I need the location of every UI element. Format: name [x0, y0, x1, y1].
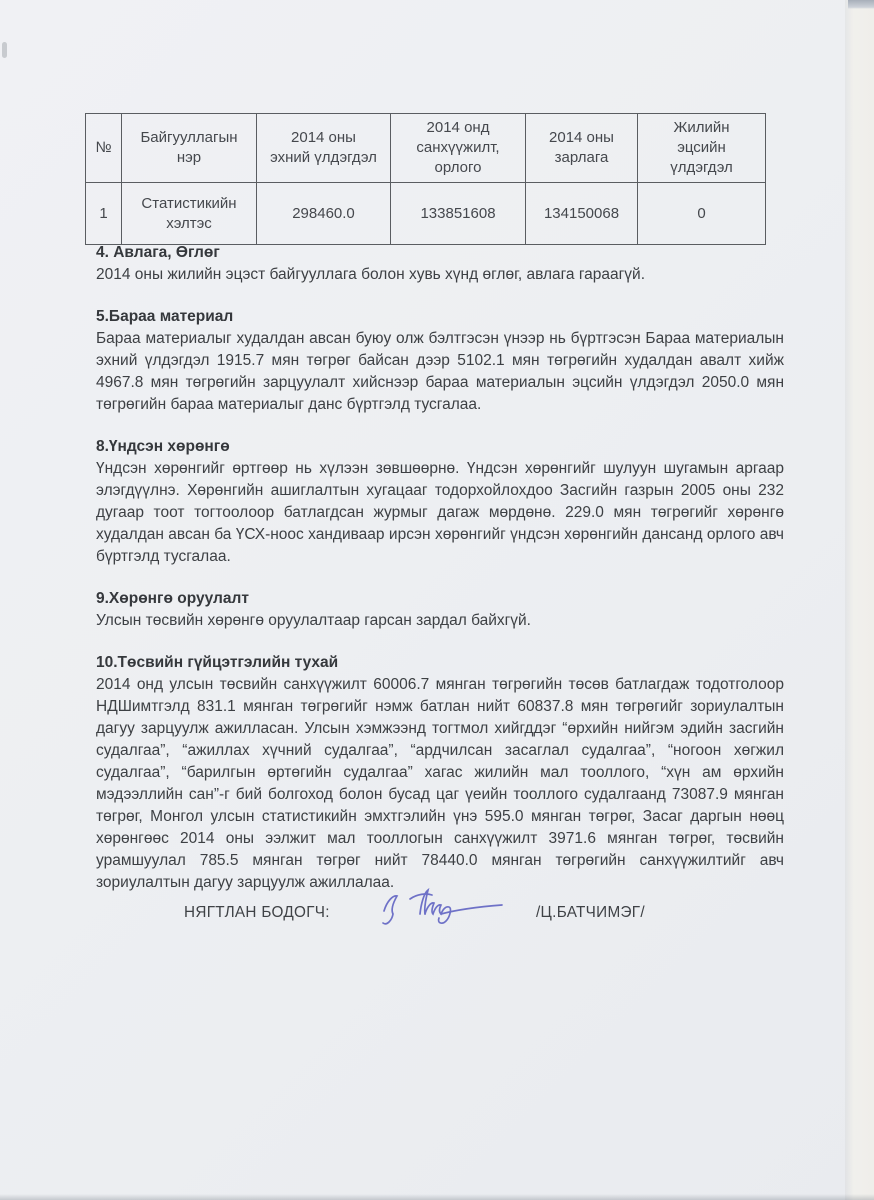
- section-heading-receivables: 4. Авлага, Өглөг: [96, 242, 784, 264]
- cell-organization: Статистикийн хэлтэс: [122, 183, 257, 245]
- table-row: 1 Статистикийн хэлтэс 298460.0 133851608…: [86, 183, 766, 245]
- section-body-inventory: Бараа материалыг худалдан авсан буюу олж…: [96, 328, 784, 416]
- scan-speck: [2, 42, 7, 58]
- col-header-organization: Байгууллагын нэр: [122, 114, 257, 183]
- scan-corner-shadow: [848, 0, 874, 9]
- section-heading-fixed-assets: 8.Үндсэн хөрөнгө: [96, 436, 784, 458]
- cell-opening-balance: 298460.0: [257, 183, 391, 245]
- col-header-number: №: [86, 114, 122, 183]
- section-body-budget-execution: 2014 онд улсын төсвийн санхүүжилт 60006.…: [96, 674, 784, 894]
- accountant-role-label: НЯГТЛАН БОДОГЧ:: [184, 904, 330, 922]
- col-header-expense: 2014 оны зарлага: [526, 114, 638, 183]
- scan-right-edge: [845, 0, 874, 1200]
- budget-summary-table: № Байгууллагын нэр 2014 оны эхний үлдэгд…: [85, 113, 766, 245]
- cell-financing-income: 133851608: [391, 183, 526, 245]
- accountant-name: /Ц.БАТЧИМЭГ/: [536, 904, 645, 922]
- cell-closing-balance: 0: [638, 183, 766, 245]
- section-body-receivables: 2014 оны жилийн эцэст байгууллага болон …: [96, 264, 784, 286]
- section-body-fixed-assets: Үндсэн хөрөнгийг өртгөөр нь хүлээн зөвшө…: [96, 458, 784, 568]
- section-heading-inventory: 5.Бараа материал: [96, 306, 784, 328]
- section-heading-budget-execution: 10.Төсвийн гүйцэтгэлийн тухай: [96, 652, 784, 674]
- col-header-financing-income: 2014 онд санхүүжилт, орлого: [391, 114, 526, 183]
- col-header-closing-balance: Жилийн эцсийн үлдэгдэл: [638, 114, 766, 183]
- section-heading-investment: 9.Хөрөнгө оруулалт: [96, 588, 784, 610]
- handwritten-signature: [374, 884, 510, 932]
- scanned-document-page: № Байгууллагын нэр 2014 оны эхний үлдэгд…: [0, 0, 874, 1200]
- report-body: 4. Авлага, Өглөг 2014 оны жилийн эцэст б…: [96, 242, 784, 894]
- scan-bottom-edge: [0, 1194, 874, 1200]
- section-body-investment: Улсын төсвийн хөрөнгө оруулалтаар гарсан…: [96, 610, 784, 632]
- col-header-opening-balance: 2014 оны эхний үлдэгдэл: [257, 114, 391, 183]
- signature-row: НЯГТЛАН БОДОГЧ: /Ц.БАТЧИМЭГ/: [0, 900, 874, 950]
- cell-row-number: 1: [86, 183, 122, 245]
- cell-expense: 134150068: [526, 183, 638, 245]
- table-header-row: № Байгууллагын нэр 2014 оны эхний үлдэгд…: [86, 114, 766, 183]
